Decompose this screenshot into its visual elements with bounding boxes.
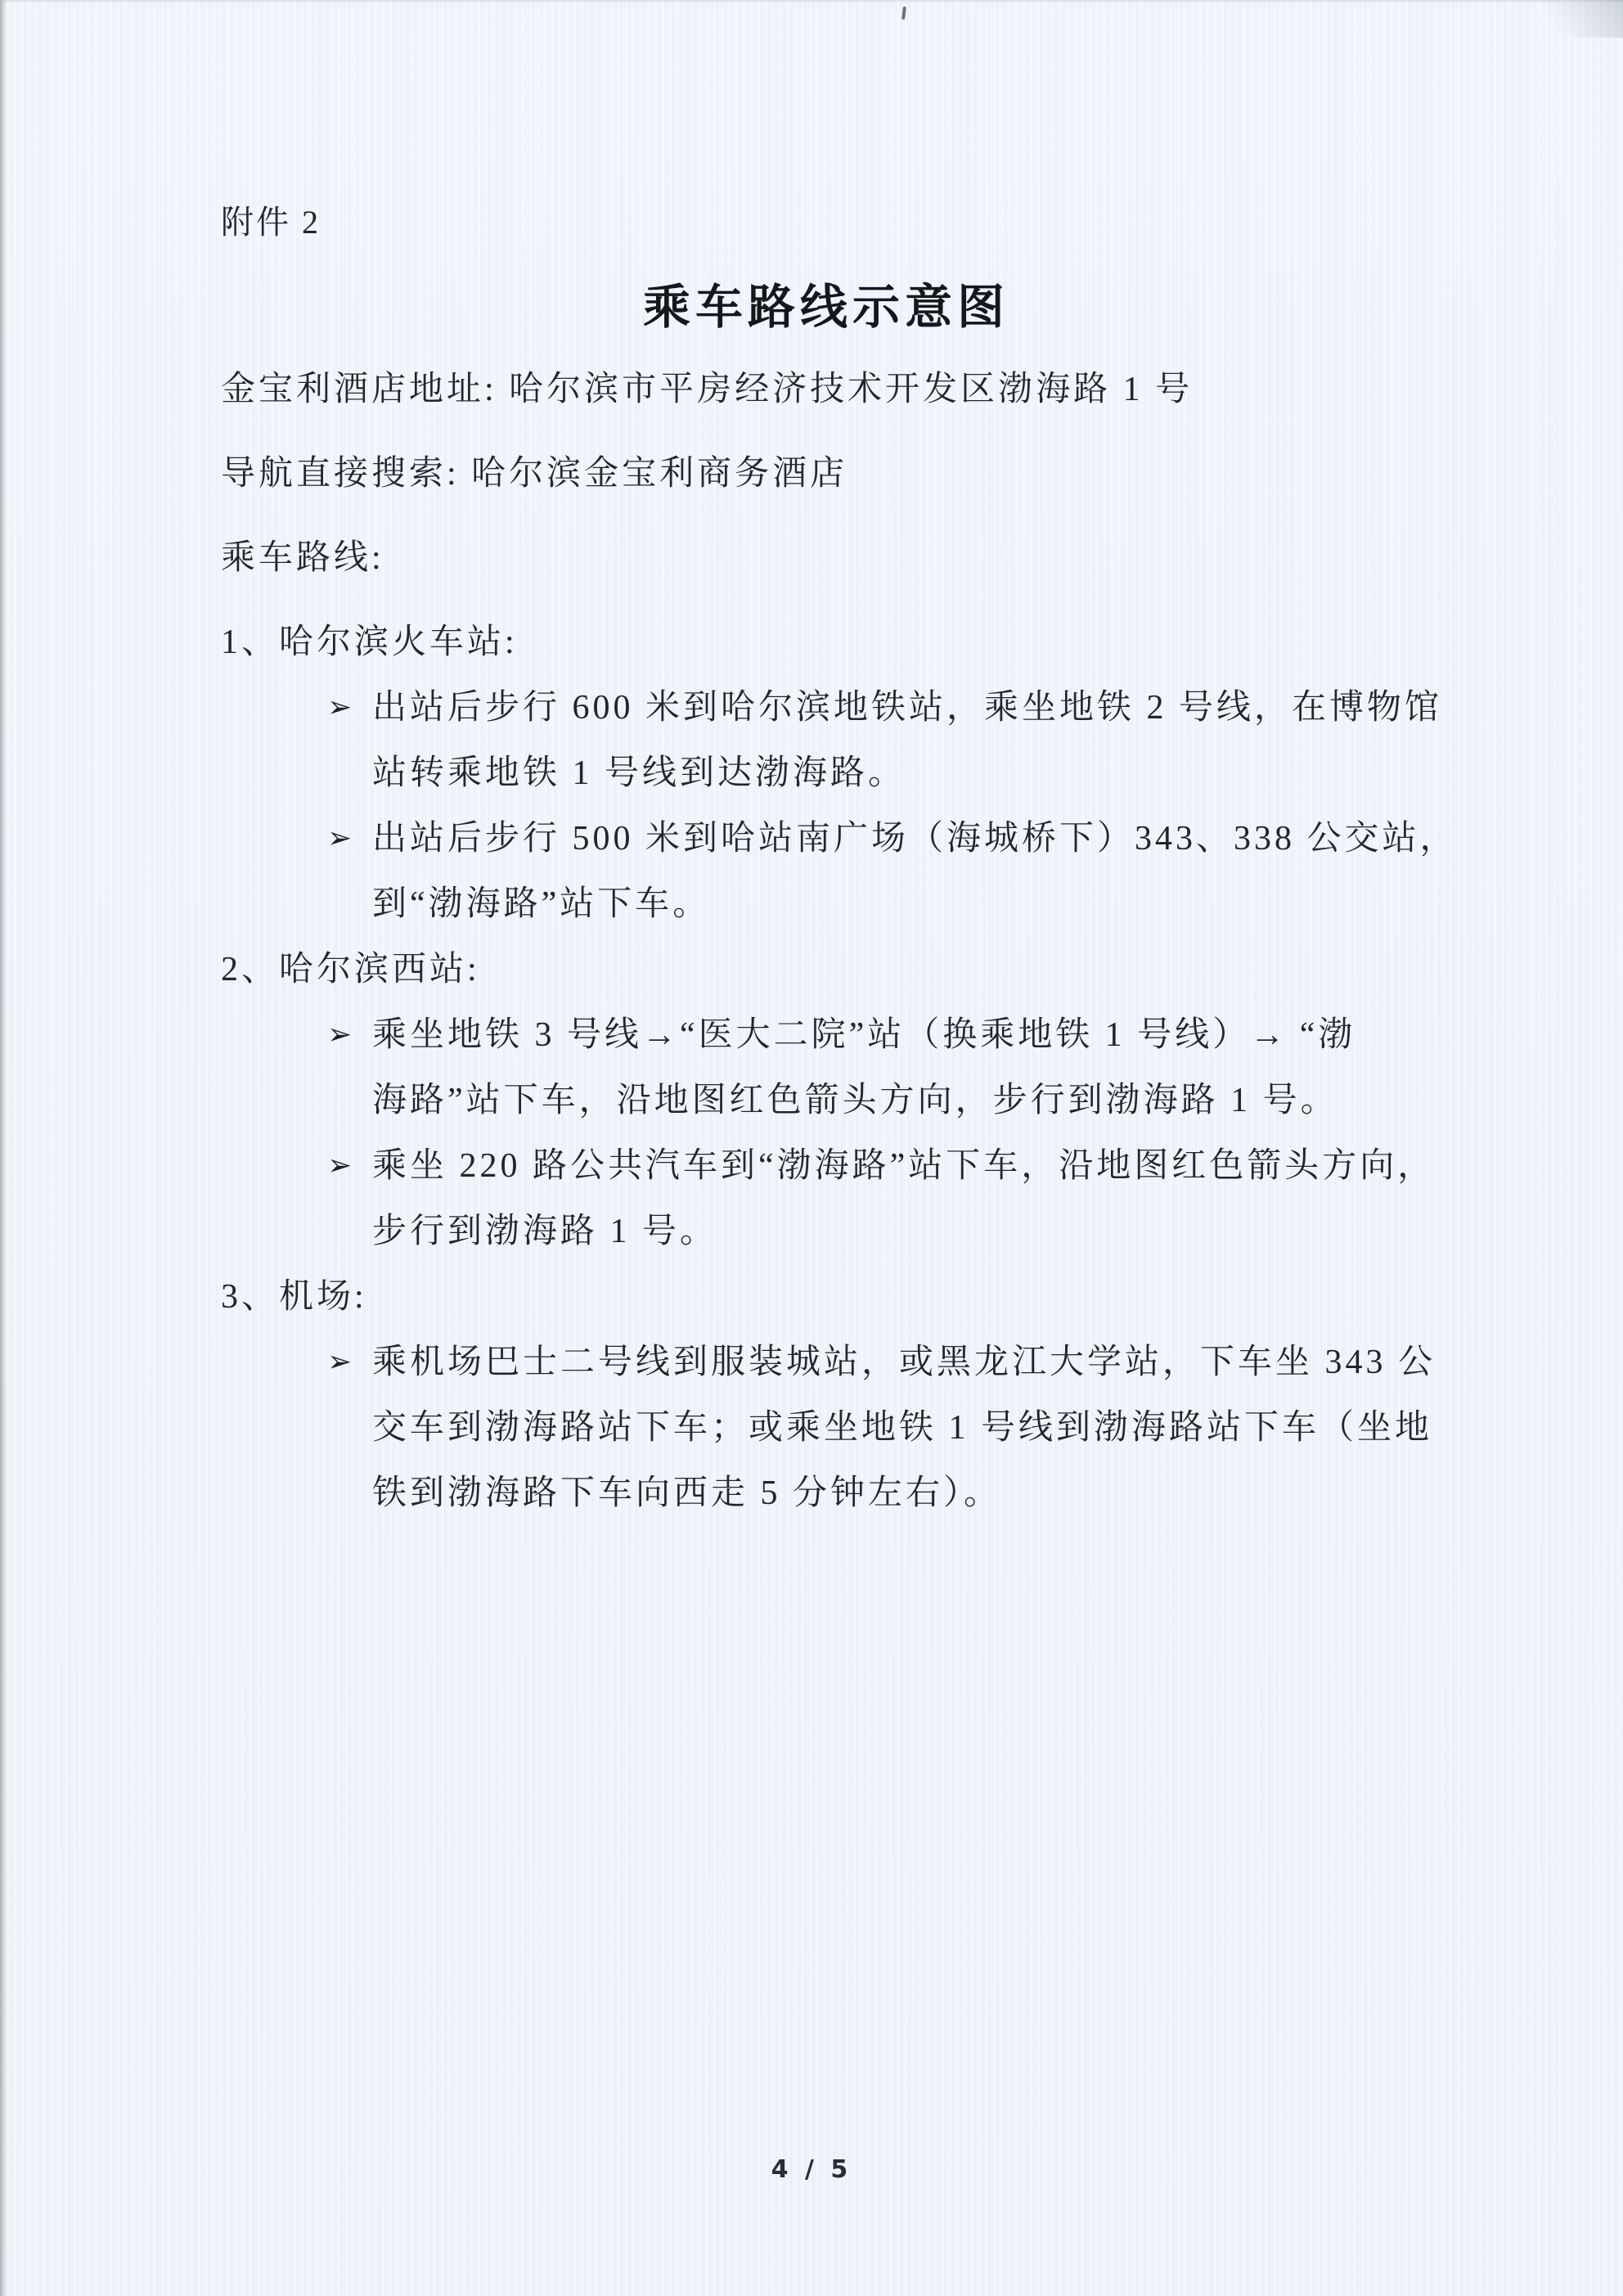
bullet-item: ➢ 乘机场巴士二号线到服装城站，或黑龙江大学站，下车坐 343 公 <box>221 1330 1432 1395</box>
bullet-text-line: 到“渤海路”站下车。 <box>221 871 1432 937</box>
scan-corner-shadow <box>1517 0 1623 38</box>
section-heading-west-station: 2、哈尔滨西站: <box>221 937 1432 1002</box>
section-heading-railway-station: 1、哈尔滨火车站: <box>221 610 1432 675</box>
bullet-text-line: 海路”站下车，沿地图红色箭头方向，步行到渤海路 1 号。 <box>221 1068 1432 1133</box>
navigation-search-line: 导航直接搜索: 哈尔滨金宝利商务酒店 <box>221 441 1432 506</box>
bullet-arrow-icon: ➢ <box>327 675 372 741</box>
section-heading-airport: 3、机场: <box>221 1264 1432 1330</box>
bullet-text-line: 站转乘地铁 1 号线到达渤海路。 <box>221 741 1432 806</box>
bullet-text-line: 交车到渤海路站下车；或乘坐地铁 1 号线到渤海路站下车（坐地 <box>221 1395 1432 1461</box>
bullet-text-line: 乘坐地铁 3 号线→“医大二院”站（换乘地铁 1 号线）→ “渤 <box>372 1002 1355 1068</box>
attachment-label: 附件 2 <box>221 190 1432 255</box>
bullet-item: ➢ 乘坐地铁 3 号线→“医大二院”站（换乘地铁 1 号线）→ “渤 <box>221 1002 1432 1068</box>
page-title: 乘车路线示意图 <box>221 270 1432 345</box>
bullet-item: ➢ 乘坐 220 路公共汽车到“渤海路”站下车，沿地图红色箭头方向， <box>221 1133 1432 1199</box>
routes-section-label: 乘车路线: <box>221 525 1432 591</box>
bullet-text-line: 步行到渤海路 1 号。 <box>221 1199 1432 1264</box>
bullet-text-line: 出站后步行 500 米到哈站南广场（海城桥下）343、338 公交站， <box>372 806 1458 871</box>
bullet-text-line: 乘机场巴士二号线到服装城站，或黑龙江大学站，下车坐 343 公 <box>372 1330 1436 1395</box>
scan-speck-artifact <box>901 7 906 20</box>
bullet-item: ➢ 出站后步行 500 米到哈站南广场（海城桥下）343、338 公交站， <box>221 806 1432 871</box>
scanned-document-page: 附件 2 乘车路线示意图 金宝利酒店地址: 哈尔滨市平房经济技术开发区渤海路 1… <box>0 0 1623 2296</box>
bullet-text-line: 出站后步行 600 米到哈尔滨地铁站，乘坐地铁 2 号线，在博物馆 <box>372 675 1442 741</box>
bullet-text-line: 乘坐 220 路公共汽车到“渤海路”站下车，沿地图红色箭头方向， <box>372 1133 1435 1199</box>
bullet-item: ➢ 出站后步行 600 米到哈尔滨地铁站，乘坐地铁 2 号线，在博物馆 <box>221 675 1432 741</box>
bullet-text-line: 铁到渤海路下车向西走 5 分钟左右）。 <box>221 1461 1432 1526</box>
page-number: 4 / 5 <box>0 2152 1623 2188</box>
bullet-arrow-icon: ➢ <box>327 806 372 871</box>
bullet-arrow-icon: ➢ <box>327 1330 372 1395</box>
bullet-arrow-icon: ➢ <box>327 1002 372 1068</box>
document-body: 附件 2 乘车路线示意图 金宝利酒店地址: 哈尔滨市平房经济技术开发区渤海路 1… <box>221 190 1432 1526</box>
hotel-address-line: 金宝利酒店地址: 哈尔滨市平房经济技术开发区渤海路 1 号 <box>221 357 1432 422</box>
bullet-arrow-icon: ➢ <box>327 1133 372 1199</box>
